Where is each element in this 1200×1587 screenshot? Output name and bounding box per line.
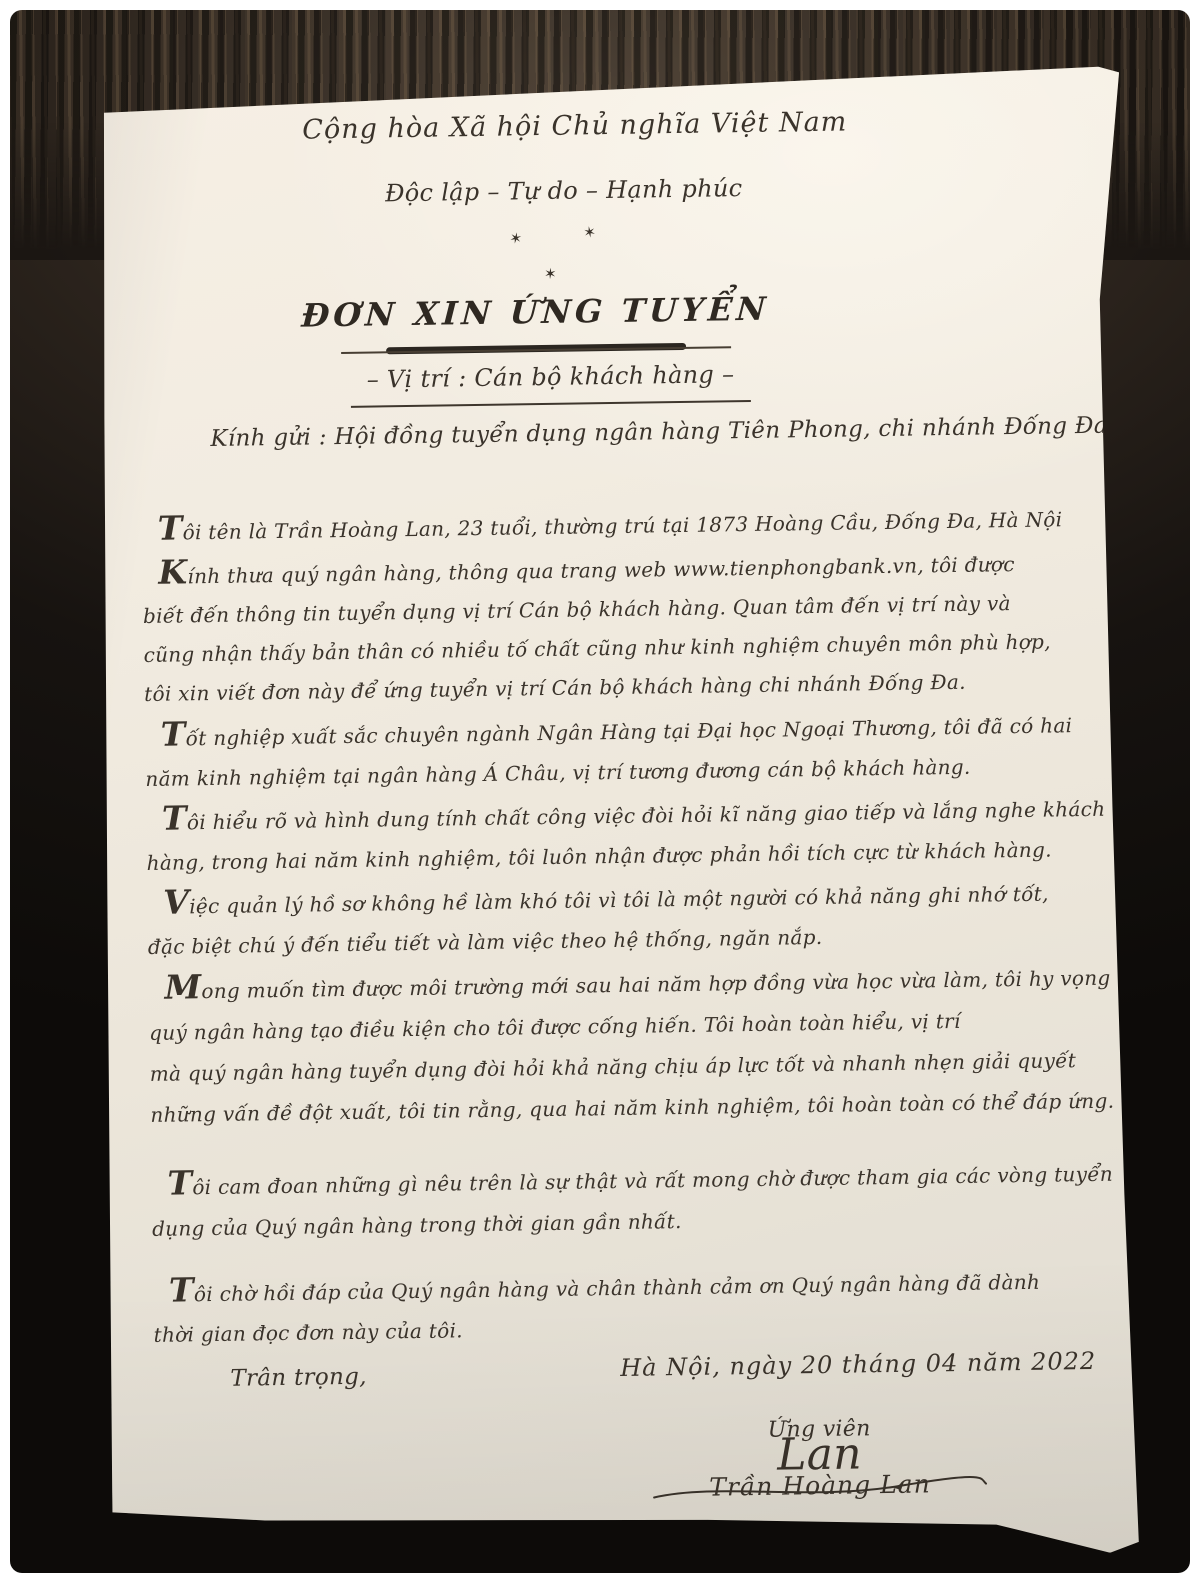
paragraph-motivation: Mong muốn tìm được môi trường mới sau ha… [148,953,1110,1136]
star-icon: ✶ [543,265,557,284]
letter-title: ĐƠN XIN ỨNG TUYỂN [20,285,1052,338]
paragraph-experience: Tốt nghiệp xuất sắc chuyên ngành Ngân Hà… [144,701,1108,967]
title-underline [341,342,731,360]
star-icon: ✶ [508,228,524,248]
date-place-line: Hà Nội, ngày 20 tháng 04 năm 2022 [620,1347,1096,1382]
star-icon: ✶ [582,222,597,242]
signed-name: Trần Hoàng Lan [650,1469,990,1503]
national-motto-line1: Cộng hòa Xã hội Chủ nghĩa Việt Nam [60,103,1090,149]
closing-phrase: Trân trọng, [230,1364,367,1392]
paragraph-commitment: Tôi cam đoan những gì nêu trên là sự thậ… [151,1149,1112,1250]
salutation-line: Kính gửi : Hội đồng tuyển dụng ngân hàng… [210,413,1115,452]
national-motto-line2: Độc lập – Tự do – Hạnh phúc [49,169,1079,212]
subtitle-underline [351,400,751,408]
photo-of-letter: Cộng hòa Xã hội Chủ nghĩa Việt Nam Độc l… [10,10,1190,1573]
paragraph-introduction: Tôi tên là Trần Hoàng Lan, 23 tuổi, thườ… [141,495,1104,714]
position-subtitle: – Vị trí : Cán bộ khách hàng – [35,355,1065,398]
paragraph-thanks: Tôi chờ hồi đáp của Quý ngân hàng và châ… [153,1257,1114,1355]
letter-paper: Cộng hòa Xã hội Chủ nghĩa Việt Nam Độc l… [89,60,1141,1567]
